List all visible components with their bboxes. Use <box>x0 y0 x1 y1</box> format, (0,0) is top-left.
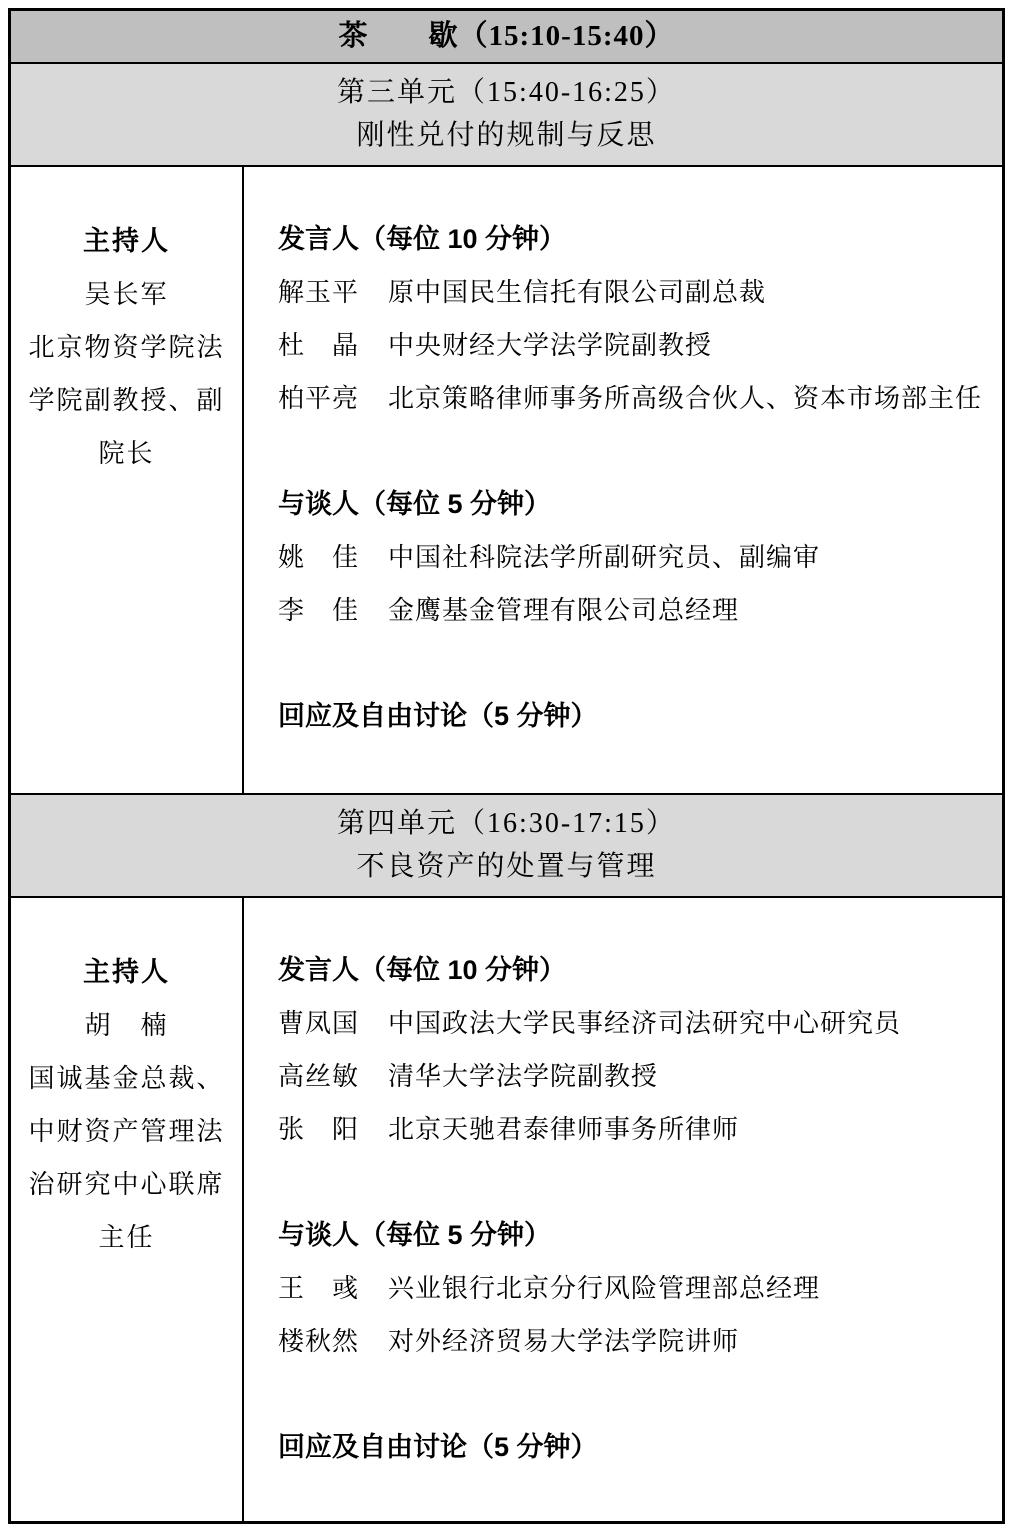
speaker-row: 高丝敏清华大学法学院副教授 <box>278 1050 1002 1103</box>
moderator-title-line: 主任 <box>11 1211 242 1264</box>
session4-subtitle: 不良资产的处置与管理 <box>356 853 656 881</box>
speaker-row: 解玉平原中国民生信托有限公司副总裁 <box>278 266 1002 319</box>
agenda-table: 茶 歇（15:10-15:40） 第三单元（15:40-16:25） 刚性兑付的… <box>8 8 1005 1524</box>
response-label: 回应及自由讨论（5 分钟） <box>278 1421 1002 1474</box>
spacer <box>278 425 1002 478</box>
speaker-name: 曹凤国 <box>278 997 388 1050</box>
moderator-title-line: 中财资产管理法 <box>11 1105 242 1158</box>
discussant-affiliation: 兴业银行北京分行风险管理部总经理 <box>388 1274 820 1303</box>
session3-moderator-cell: 主持人 吴长军 北京物资学院法 学院副教授、副 院长 <box>11 167 244 793</box>
moderator-name: 胡 楠 <box>11 999 242 1052</box>
session3-program-cell: 发言人（每位 10 分钟） 解玉平原中国民生信托有限公司副总裁 杜 晶中央财经大… <box>244 167 1002 793</box>
session3-subtitle: 刚性兑付的规制与反思 <box>356 122 656 150</box>
tea-break-row: 茶 歇（15:10-15:40） <box>11 11 1002 64</box>
discussant-name: 王 彧 <box>278 1262 388 1315</box>
speaker-affiliation: 北京天驰君泰律师事务所律师 <box>388 1115 739 1144</box>
speaker-affiliation: 原中国民生信托有限公司副总裁 <box>388 278 766 307</box>
moderator-name: 吴长军 <box>11 268 242 321</box>
speaker-name: 柏平亮 <box>278 372 388 425</box>
discussant-row: 李 佳金鹰基金管理有限公司总经理 <box>278 584 1002 637</box>
discussant-name: 李 佳 <box>278 584 388 637</box>
discussant-row: 姚 佳中国社科院法学所副研究员、副编审 <box>278 531 1002 584</box>
speakers-heading: 发言人（每位 10 分钟） <box>278 213 1002 266</box>
speaker-name: 张 阳 <box>278 1103 388 1156</box>
spacer <box>278 637 1002 690</box>
speaker-affiliation: 中国政法大学民事经济司法研究中心研究员 <box>388 1009 901 1038</box>
discussants-heading: 与谈人（每位 5 分钟） <box>278 1209 1002 1262</box>
document-page: 茶 歇（15:10-15:40） 第三单元（15:40-16:25） 刚性兑付的… <box>0 0 1014 1540</box>
speaker-name: 杜 晶 <box>278 319 388 372</box>
discussant-affiliation: 金鹰基金管理有限公司总经理 <box>388 596 739 625</box>
moderator-title-line: 国诚基金总裁、 <box>11 1052 242 1105</box>
session4-header-row: 第四单元（16:30-17:15） 不良资产的处置与管理 <box>11 795 1002 898</box>
speaker-row: 杜 晶中央财经大学法学院副教授 <box>278 319 1002 372</box>
session3-body-row: 主持人 吴长军 北京物资学院法 学院副教授、副 院长 发言人（每位 10 分钟）… <box>11 167 1002 795</box>
discussants-heading: 与谈人（每位 5 分钟） <box>278 478 1002 531</box>
speakers-heading: 发言人（每位 10 分钟） <box>278 944 1002 997</box>
tea-break-label: 茶 歇（15:10-15:40） <box>339 22 675 51</box>
moderator-role-label: 主持人 <box>11 946 242 999</box>
moderator-title-line: 北京物资学院法 <box>11 321 242 374</box>
discussant-name: 楼秋然 <box>278 1315 388 1368</box>
moderator-role-label: 主持人 <box>11 215 242 268</box>
discussant-row: 王 彧兴业银行北京分行风险管理部总经理 <box>278 1262 1002 1315</box>
discussant-affiliation: 中国社科院法学所副研究员、副编审 <box>388 543 820 572</box>
session4-program-cell: 发言人（每位 10 分钟） 曹凤国中国政法大学民事经济司法研究中心研究员 高丝敏… <box>244 898 1002 1521</box>
discussant-row: 楼秋然对外经济贸易大学法学院讲师 <box>278 1315 1002 1368</box>
speaker-name: 高丝敏 <box>278 1050 388 1103</box>
spacer <box>278 1156 1002 1209</box>
discussant-name: 姚 佳 <box>278 531 388 584</box>
moderator-title-line: 治研究中心联席 <box>11 1158 242 1211</box>
spacer <box>278 1368 1002 1421</box>
moderator-title-line: 学院副教授、副 <box>11 374 242 427</box>
session4-title: 第四单元（16:30-17:15） <box>337 810 676 838</box>
moderator-title-line: 院长 <box>11 427 242 480</box>
speaker-row: 张 阳北京天驰君泰律师事务所律师 <box>278 1103 1002 1156</box>
response-label: 回应及自由讨论（5 分钟） <box>278 690 1002 743</box>
speaker-name: 解玉平 <box>278 266 388 319</box>
session3-header-row: 第三单元（15:40-16:25） 刚性兑付的规制与反思 <box>11 64 1002 167</box>
speaker-affiliation: 中央财经大学法学院副教授 <box>388 331 712 360</box>
session4-moderator-cell: 主持人 胡 楠 国诚基金总裁、 中财资产管理法 治研究中心联席 主任 <box>11 898 244 1521</box>
speaker-affiliation: 北京策略律师事务所高级合伙人、资本市场部主任 <box>388 384 982 413</box>
speaker-row: 曹凤国中国政法大学民事经济司法研究中心研究员 <box>278 997 1002 1050</box>
session3-title: 第三单元（15:40-16:25） <box>337 79 676 107</box>
discussant-affiliation: 对外经济贸易大学法学院讲师 <box>388 1327 739 1356</box>
session4-body-row: 主持人 胡 楠 国诚基金总裁、 中财资产管理法 治研究中心联席 主任 发言人（每… <box>11 898 1002 1521</box>
speaker-affiliation: 清华大学法学院副教授 <box>388 1062 658 1091</box>
speaker-row: 柏平亮北京策略律师事务所高级合伙人、资本市场部主任 <box>278 372 1002 425</box>
